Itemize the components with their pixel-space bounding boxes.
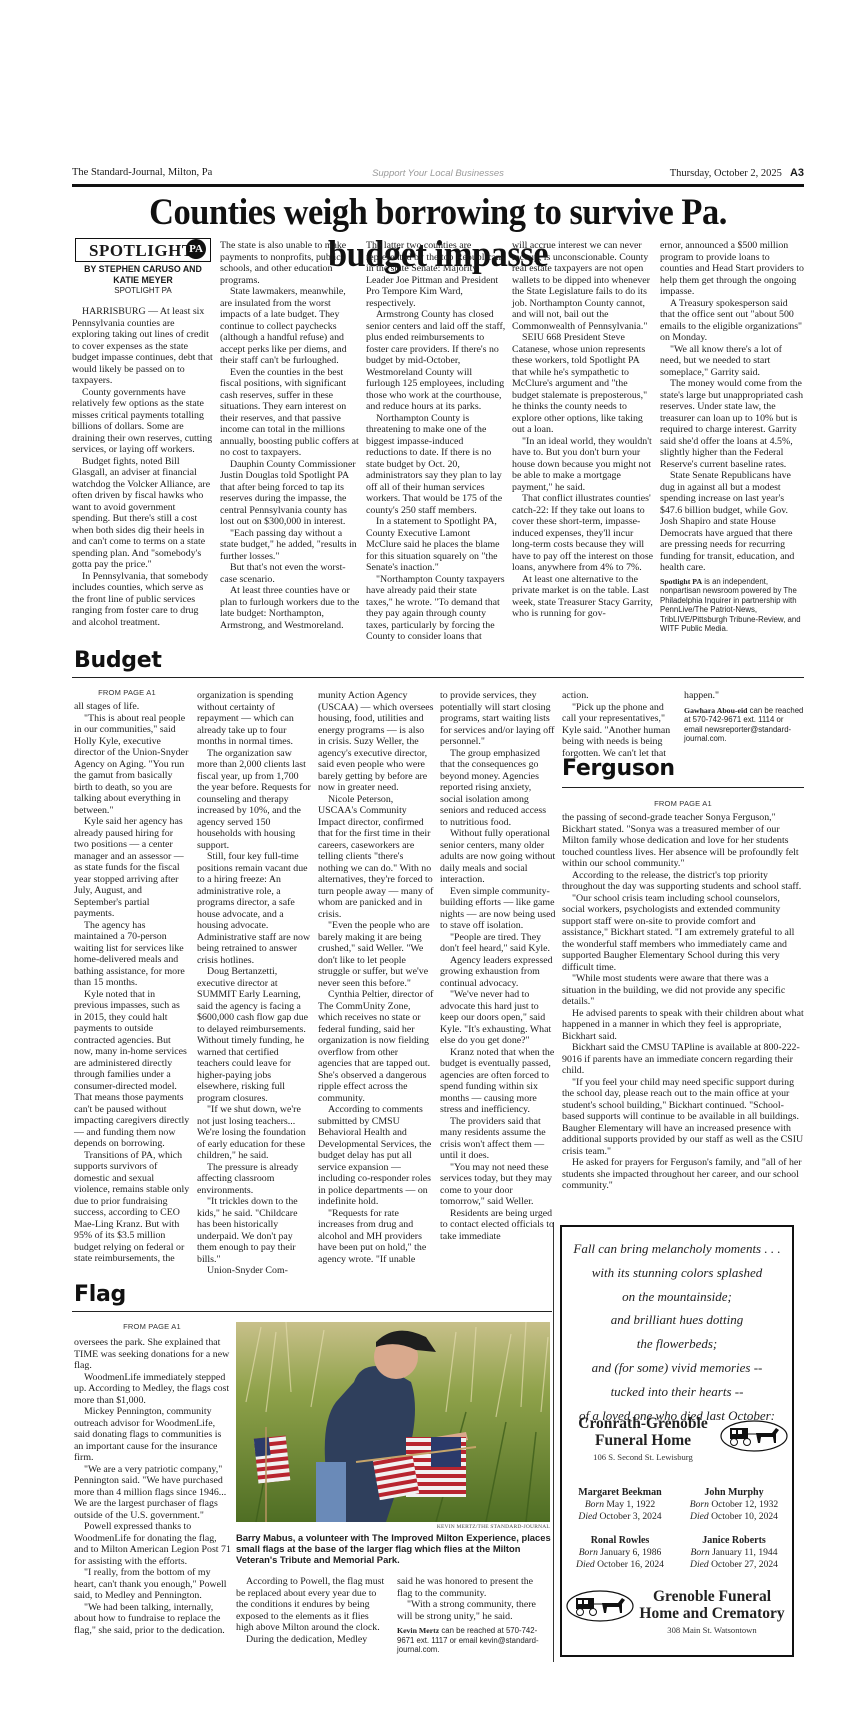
budget-heading: Budget — [74, 648, 162, 673]
funeral-home-2-name: Grenoble Funeral Home and Crematory — [634, 1588, 790, 1622]
paragraph: Powell expressed thanks to WoodmenLife f… — [74, 1521, 232, 1567]
paragraph: The group emphasized that the consequenc… — [440, 748, 556, 829]
ferguson-rule — [562, 787, 804, 788]
paragraph: At least three counties have or plan to … — [220, 585, 360, 631]
page-number: A3 — [790, 167, 804, 179]
paragraph: During the dedication, Medley — [236, 1634, 388, 1646]
paragraph: "It trickles down to the kids," he said.… — [197, 1196, 313, 1265]
masthead: The Standard-Journal, Milton, Pa Support… — [72, 166, 804, 182]
flag-from-page: FROM PAGE A1 — [72, 1322, 232, 1331]
poem-line: Fall can bring melancholy moments . . . — [562, 1237, 792, 1261]
paragraph: The providers said that many residents a… — [440, 1116, 556, 1162]
obituary-4: Janice Roberts Born January 11, 1944 Die… — [678, 1535, 790, 1571]
budget-column-6: happen." Gawhara Abou-eid can be reached… — [684, 690, 804, 744]
paragraph: ernor, announced a $500 million program … — [660, 240, 804, 298]
paragraph: The money would come from the state's la… — [660, 378, 804, 470]
paragraph: The latter two counties are represented … — [366, 240, 506, 309]
paragraph: to provide services, they potentially wi… — [440, 690, 556, 748]
ferguson-column: the passing of second-grade teacher Sony… — [562, 812, 804, 1192]
flag-column-3: said he was honored to present the flag … — [397, 1576, 549, 1655]
spotlight-tagline: Spotlight PA is an independent, nonparti… — [660, 577, 804, 634]
paragraph: The agency has maintained a 70-person wa… — [74, 920, 190, 989]
paragraph: County governments have relatively few o… — [72, 387, 214, 456]
paragraph: "Each passing day without a state budget… — [220, 528, 360, 563]
paragraph: Bickhart said the CMSU TAPline is availa… — [562, 1042, 804, 1077]
paragraph: action. — [562, 690, 678, 702]
paragraph: "With a strong community, there will be … — [397, 1599, 549, 1622]
memorial-advertisement: Fall can bring melancholy moments . . . … — [560, 1225, 794, 1657]
funeral-home-2-address: 308 Main St. Watsontown — [634, 1625, 790, 1635]
flag-column-1: oversees the park. She explained that TI… — [74, 1337, 232, 1636]
paragraph: According to Powell, the flag must be re… — [236, 1576, 388, 1634]
paragraph: "Pick up the phone and call your represe… — [562, 702, 678, 760]
paragraph: all stages of life. — [74, 701, 190, 713]
budget-tagline: Gawhara Abou-eid can be reached at 570-7… — [684, 706, 804, 744]
lead-column-3: The latter two counties are represented … — [366, 240, 506, 643]
paragraph: The state is also unable to make payment… — [220, 240, 360, 286]
paragraph: Budget fights, noted Bill Glasgall, an a… — [72, 456, 214, 571]
obituary-3: Ronal Rowles Born January 6, 1986 Died O… — [564, 1535, 676, 1571]
lead-column-1: HARRISBURG — At least six Pennsylvania c… — [72, 306, 214, 628]
issue-date: Thursday, October 2, 2025 — [670, 168, 782, 179]
photo-credit: KEVIN MERTZ/THE STANDARD-JOURNAL — [236, 1524, 550, 1530]
budget-rule — [72, 677, 804, 678]
paragraph: Even the counties in the best fiscal pos… — [220, 367, 360, 459]
budget-column-3: munity Action Agency (USCAA) — which ove… — [318, 690, 434, 1265]
paragraph: State Senate Republicans have dug in aga… — [660, 470, 804, 574]
poem-line: and (for some) vivid memories -- — [562, 1356, 792, 1380]
paragraph: Union-Snyder Com- — [197, 1265, 313, 1277]
paragraph: Kyle said her agency has already paused … — [74, 816, 190, 920]
poem-line: the flowerbeds; — [562, 1332, 792, 1356]
paragraph: Agency leaders expressed growing exhaust… — [440, 955, 556, 990]
paragraph: munity Action Agency (USCAA) — which ove… — [318, 690, 434, 794]
flag-right-border — [553, 1222, 554, 1662]
ferguson-heading: Ferguson — [562, 756, 675, 781]
funeral-home-1-address: 106 S. Second St. Lewisburg — [570, 1452, 716, 1462]
paragraph: In a statement to Spotlight PA, County E… — [366, 516, 506, 574]
flag-volunteer-photo — [236, 1322, 550, 1522]
paragraph: "Requests for rate increases from drug a… — [318, 1208, 434, 1266]
paragraph: "We all know there's a lot of need, but … — [660, 344, 804, 379]
paragraph: said he was honored to present the flag … — [397, 1576, 549, 1599]
paragraph: Northampton County is threatening to mak… — [366, 413, 506, 517]
paragraph: Even simple community-building efforts —… — [440, 886, 556, 932]
issue-info: Thursday, October 2, 2025A3 — [670, 167, 804, 179]
paragraph: "Even the people who are barely making i… — [318, 920, 434, 989]
flag-rule — [72, 1311, 552, 1312]
paragraph: happen." — [684, 690, 804, 702]
paragraph: State lawmakers, meanwhile, are insulate… — [220, 286, 360, 367]
lead-column-5: ernor, announced a $500 million program … — [660, 240, 804, 634]
paragraph: Cynthia Peltier, director of The CommUni… — [318, 989, 434, 1104]
paragraph: organization is spending without certain… — [197, 690, 313, 748]
lead-column-4: will accrue interest we can never recoup… — [512, 240, 654, 620]
paragraph: "We've never had to advocate this hard j… — [440, 989, 556, 1047]
lead-column-2: The state is also unable to make payment… — [220, 240, 360, 631]
paragraph: "Northampton County taxpayers have alrea… — [366, 574, 506, 643]
paragraph: Residents are being urged to contact ele… — [440, 1208, 556, 1243]
poem-line: and brilliant hues dotting — [562, 1308, 792, 1332]
horse-carriage-icon — [720, 1419, 788, 1453]
paragraph: SEIU 668 President Steve Catanese, whose… — [512, 332, 654, 436]
paragraph: Kyle noted that in previous impasses, su… — [74, 989, 190, 1150]
spotlight-pa-logo: SPOTLIGHT PA — [75, 238, 211, 262]
budget-column-2: organization is spending without certain… — [197, 690, 313, 1277]
budget-from-page: FROM PAGE A1 — [72, 688, 182, 697]
budget-column-5: action. "Pick up the phone and call your… — [562, 690, 678, 759]
paragraph: Without fully operational senior centers… — [440, 828, 556, 886]
paragraph: He asked for prayers for Ferguson's fami… — [562, 1157, 804, 1192]
paragraph: "In an ideal world, they wouldn't have t… — [512, 436, 654, 494]
logo-word: SPOTLIGHT — [89, 241, 194, 261]
paragraph: the passing of second-grade teacher Sony… — [562, 812, 804, 870]
paragraph: Transitions of PA, which supports surviv… — [74, 1150, 190, 1265]
paragraph: WoodmenLife immediately stepped up. Acco… — [74, 1372, 232, 1407]
paragraph: Mickey Pennington, community outreach ad… — [74, 1406, 232, 1464]
paragraph: "We had been talking, internally, about … — [74, 1602, 232, 1637]
paragraph: "You may not need these services today, … — [440, 1162, 556, 1208]
paragraph: A Treasury spokesperson said that the of… — [660, 298, 804, 344]
budget-column-1: all stages of life. "This is about real … — [74, 701, 190, 1265]
paragraph: The organization saw more than 2,000 cli… — [197, 748, 313, 852]
paragraph: Doug Bertanzetti, executive director at … — [197, 966, 313, 1104]
paragraph: "People are tired. They don't feel heard… — [440, 932, 556, 955]
paragraph: Dauphin County Commissioner Justin Dougl… — [220, 459, 360, 528]
paragraph: "Our school crisis team including school… — [562, 893, 804, 974]
budget-column-4: to provide services, they potentially wi… — [440, 690, 556, 1242]
flag-column-2: According to Powell, the flag must be re… — [236, 1576, 388, 1645]
pa-badge-icon: PA — [186, 239, 206, 259]
paragraph: The pressure is already affecting classr… — [197, 1162, 313, 1197]
paragraph: "We are a very patriotic company," Penni… — [74, 1464, 232, 1522]
paragraph: HARRISBURG — At least six Pennsylvania c… — [72, 306, 214, 387]
paragraph: "If we shut down, we're not just losing … — [197, 1104, 313, 1162]
paragraph: In Pennsylvania, that somebody includes … — [72, 571, 214, 629]
memorial-poem: Fall can bring melancholy moments . . . … — [562, 1237, 792, 1427]
paragraph: At least one alternative to the private … — [512, 574, 654, 620]
poem-line: on the mountainside; — [562, 1285, 792, 1309]
poem-line: with its stunning colors splashed — [562, 1261, 792, 1285]
paragraph: But that's not even the worst-case scena… — [220, 562, 360, 585]
paragraph: "This is about real people in our commun… — [74, 713, 190, 817]
newspaper-page: The Standard-Journal, Milton, Pa Support… — [0, 0, 864, 1728]
paragraph: That conflict illustrates counties' catc… — [512, 493, 654, 574]
paragraph: He advised parents to speak with their c… — [562, 1008, 804, 1043]
byline-org: SPOTLIGHT PA — [72, 286, 214, 295]
byline: BY STEPHEN CARUSO AND KATIE MEYER — [72, 264, 214, 286]
paragraph: According to comments submitted by CMSU … — [318, 1104, 434, 1208]
ferguson-from-page: FROM PAGE A1 — [562, 799, 804, 808]
masthead-rule — [72, 184, 804, 187]
flag-tagline: Kevin Mertz can be reached at 570-742-96… — [397, 1626, 549, 1655]
paragraph: According to the release, the district's… — [562, 870, 804, 893]
photo-caption: Barry Mabus, a volunteer with The Improv… — [236, 1532, 552, 1565]
flag-heading: Flag — [74, 1282, 126, 1307]
horse-carriage-icon — [566, 1589, 634, 1623]
paragraph: Still, four key full-time positions rema… — [197, 851, 313, 966]
paragraph: Nicole Peterson, USCAA's Community Impac… — [318, 794, 434, 921]
paragraph: oversees the park. She explained that TI… — [74, 1337, 232, 1372]
obituary-1: Margaret Beekman Born May 1, 1922 Died O… — [564, 1487, 676, 1523]
paragraph: "I really, from the bottom of my heart, … — [74, 1567, 232, 1602]
paragraph: will accrue interest we can never recoup… — [512, 240, 654, 332]
photo-illustration — [236, 1322, 550, 1522]
paragraph: "If you feel your child may need specifi… — [562, 1077, 804, 1158]
poem-line: tucked into their hearts -- — [562, 1380, 792, 1404]
paragraph: Kranz noted that when the budget is even… — [440, 1047, 556, 1116]
funeral-home-1-name: Cronrath-Grenoble Funeral Home — [570, 1415, 716, 1449]
obituary-2: John Murphy Born October 12, 1932 Died O… — [678, 1487, 790, 1523]
paragraph: "While most students were aware that the… — [562, 973, 804, 1008]
paragraph: Armstrong County has closed senior cente… — [366, 309, 506, 413]
